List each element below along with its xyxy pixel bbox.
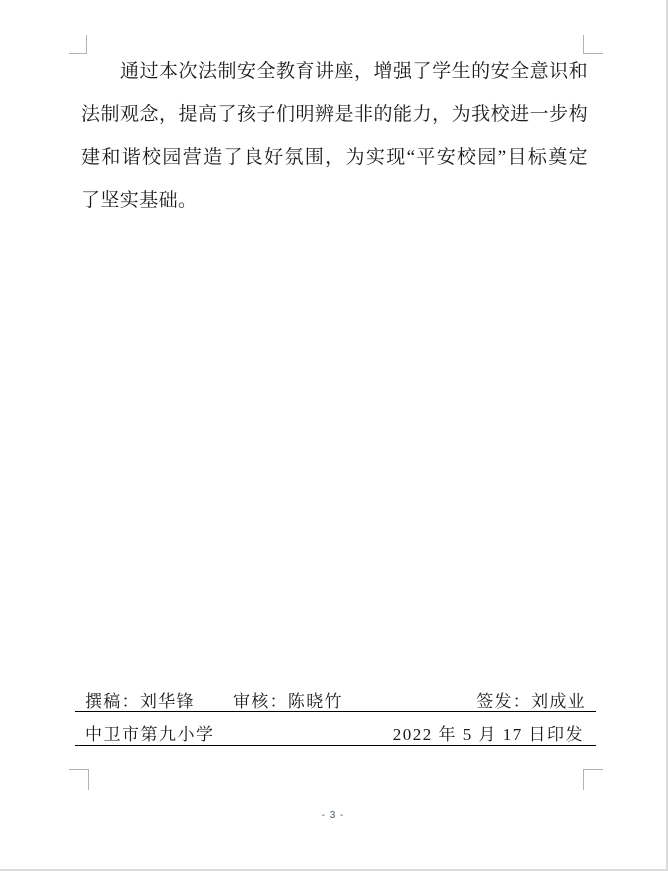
print-date-label: 2022 年 5 月 17 日印发	[393, 720, 584, 745]
drafter-label: 撰稿：刘华锋	[85, 687, 195, 712]
footer-divider-bottom	[75, 745, 596, 746]
corner-mark-bottom-right	[583, 769, 603, 790]
corner-mark-bottom-left	[69, 769, 89, 790]
paragraph-line: 通过本次法制安全教育讲座，增强了学生的安全意识和	[81, 50, 588, 93]
page-number: - 3 -	[0, 810, 666, 821]
paragraph-line: 了坚实基础。	[81, 179, 588, 222]
paragraph-line: 建和谐校园营造了良好氛围，为实现“平安校园”目标奠定	[81, 136, 588, 179]
reviewer-label: 审核：陈晓竹	[233, 687, 343, 712]
footer-divider-top	[75, 711, 596, 712]
paragraph-line: 法制观念，提高了孩子们明辨是非的能力，为我校进一步构	[81, 93, 588, 136]
footer-issuing-row: 中卫市第九小学 2022 年 5 月 17 日印发	[75, 717, 596, 744]
document-page: 通过本次法制安全教育讲座，增强了学生的安全意识和 法制观念，提高了孩子们明辨是非…	[0, 0, 668, 871]
issuing-org-label: 中卫市第九小学	[85, 720, 215, 745]
issuer-label: 签发：刘成业	[476, 687, 586, 712]
footer-credits-row: 撰稿：刘华锋 审核：陈晓竹 签发：刘成业	[75, 687, 596, 711]
body-paragraph: 通过本次法制安全教育讲座，增强了学生的安全意识和 法制观念，提高了孩子们明辨是非…	[81, 50, 588, 222]
